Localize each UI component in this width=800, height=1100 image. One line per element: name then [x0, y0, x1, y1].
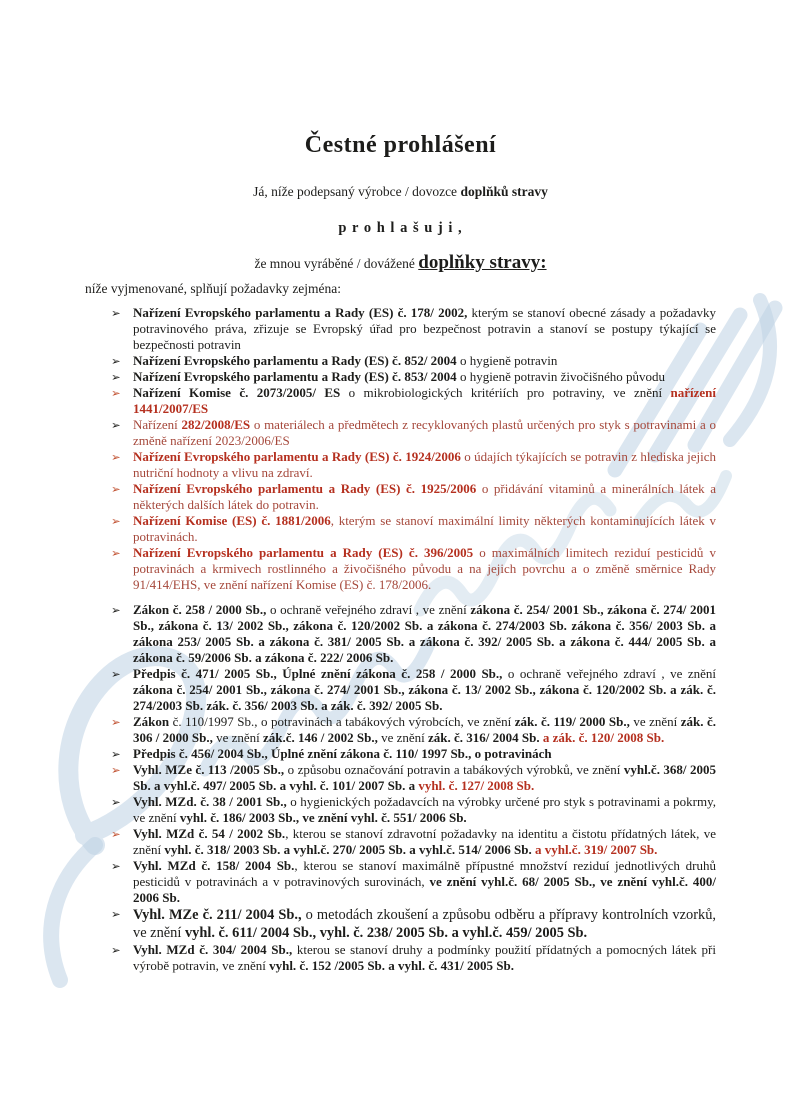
list-item: ➢Zákon č. 110/1997 Sb., o potravinách a … [85, 714, 716, 746]
list-item-text: Nařízení Evropského parlamentu a Rady (E… [133, 305, 716, 352]
list-item: ➢Vyhl. MZe č. 113 /2005 Sb., o způsobu o… [85, 762, 716, 794]
list-item-text: Zákon č. 110/1997 Sb., o potravinách a t… [133, 714, 716, 745]
arrow-bullet-icon: ➢ [111, 546, 121, 561]
list-item-text: Nařízení Evropského parlamentu a Rady (E… [133, 369, 665, 384]
list-item: ➢Vyhl. MZd č. 54 / 2002 Sb., kterou se s… [85, 826, 716, 858]
list-item-text: Nařízení Evropského parlamentu a Rady (E… [133, 481, 716, 512]
arrow-bullet-icon: ➢ [111, 418, 121, 433]
list-item-text: Vyhl. MZd č. 304/ 2004 Sb., kterou se st… [133, 942, 716, 973]
arrow-bullet-icon: ➢ [111, 354, 121, 369]
requirements-list: ➢Nařízení Evropského parlamentu a Rady (… [85, 305, 716, 974]
list-item: ➢Vyhl. MZe č. 211/ 2004 Sb., o metodách … [85, 906, 716, 942]
arrow-bullet-icon: ➢ [111, 370, 121, 385]
list-item: ➢Vyhl. MZd. č. 38 / 2001 Sb., o hygienic… [85, 794, 716, 826]
list-item-text: Nařízení Evropského parlamentu a Rady (E… [133, 449, 716, 480]
list-item-text: Vyhl. MZe č. 211/ 2004 Sb., o metodách z… [133, 907, 716, 941]
list-item-text: Nařízení Evropského parlamentu a Rady (E… [133, 545, 716, 592]
arrow-bullet-icon: ➢ [111, 907, 121, 922]
arrow-bullet-icon: ➢ [111, 603, 121, 618]
list-item: ➢Vyhl. MZd č. 158/ 2004 Sb., kterou se s… [85, 858, 716, 906]
arrow-bullet-icon: ➢ [111, 386, 121, 401]
list-item: ➢Nařízení Evropského parlamentu a Rady (… [85, 449, 716, 481]
list-item: ➢Nařízení 282/2008/ES o materiálech a př… [85, 417, 716, 449]
list-item-text: Vyhl. MZd č. 54 / 2002 Sb., kterou se st… [133, 826, 716, 857]
list-item: ➢Předpis č. 471/ 2005 Sb., Úplné znění z… [85, 666, 716, 714]
list-item-text: Vyhl. MZd. č. 38 / 2001 Sb., o hygienick… [133, 794, 716, 825]
list-item: ➢Nařízení Komise č. 2073/2005/ ES o mikr… [85, 385, 716, 417]
list-item: ➢Nařízení Komise (ES) č. 1881/2006, kter… [85, 513, 716, 545]
list-item-text: Předpis č. 471/ 2005 Sb., Úplné znění zá… [133, 666, 716, 713]
list-item: ➢Vyhl. MZd č. 304/ 2004 Sb., kterou se s… [85, 942, 716, 974]
arrow-bullet-icon: ➢ [111, 514, 121, 529]
arrow-bullet-icon: ➢ [111, 715, 121, 730]
subject-line: že mnou vyráběné / dovážené doplňky stra… [85, 252, 716, 274]
list-item-text: Zákon č. 258 / 2000 Sb., o ochraně veřej… [133, 602, 716, 665]
list-item: ➢Nařízení Evropského parlamentu a Rady (… [85, 305, 716, 353]
declare-word: p r o h l a š u j i , [85, 220, 716, 237]
list-item: ➢Nařízení Evropského parlamentu a Rady (… [85, 369, 716, 385]
list-item: ➢Zákon č. 258 / 2000 Sb., o ochraně veře… [85, 602, 716, 666]
list-item-text: Nařízení Komise (ES) č. 1881/2006, který… [133, 513, 716, 544]
list-item: ➢Nařízení Evropského parlamentu a Rady (… [85, 481, 716, 513]
list-item: ➢Nařízení Evropského parlamentu a Rady (… [85, 353, 716, 369]
arrow-bullet-icon: ➢ [111, 482, 121, 497]
list-item: ➢Nařízení Evropského parlamentu a Rady (… [85, 545, 716, 593]
subject-line-normal: že mnou vyráběné / dovážené [254, 256, 418, 271]
arrow-bullet-icon: ➢ [111, 667, 121, 682]
arrow-bullet-icon: ➢ [111, 763, 121, 778]
list-item-text: Nařízení 282/2008/ES o materiálech a pře… [133, 417, 716, 448]
arrow-bullet-icon: ➢ [111, 827, 121, 842]
list-item: ➢Předpis č. 456/ 2004 Sb., Úplné znění z… [85, 746, 716, 762]
arrow-bullet-icon: ➢ [111, 795, 121, 810]
list-intro: níže vyjmenované, splňují požadavky zejm… [85, 281, 716, 297]
intro-line-bold: doplňků stravy [460, 184, 547, 199]
list-item-text: Nařízení Evropského parlamentu a Rady (E… [133, 353, 557, 368]
arrow-bullet-icon: ➢ [111, 859, 121, 874]
list-item-text: Předpis č. 456/ 2004 Sb., Úplné znění zá… [133, 746, 552, 761]
arrow-bullet-icon: ➢ [111, 943, 121, 958]
arrow-bullet-icon: ➢ [111, 747, 121, 762]
intro-line: Já, níže podepsaný výrobce / dovozce dop… [85, 184, 716, 200]
intro-line-normal: Já, níže podepsaný výrobce / dovozce [253, 184, 460, 199]
list-item-text: Vyhl. MZd č. 158/ 2004 Sb., kterou se st… [133, 858, 716, 905]
page-title: Čestné prohlášení [85, 132, 716, 159]
list-item-text: Vyhl. MZe č. 113 /2005 Sb., o způsobu oz… [133, 762, 716, 793]
declaration-document: Čestné prohlášení Já, níže podepsaný výr… [0, 0, 800, 974]
list-item-text: Nařízení Komise č. 2073/2005/ ES o mikro… [133, 385, 716, 416]
arrow-bullet-icon: ➢ [111, 306, 121, 321]
arrow-bullet-icon: ➢ [111, 450, 121, 465]
subject-line-bold: doplňky stravy: [418, 252, 546, 273]
